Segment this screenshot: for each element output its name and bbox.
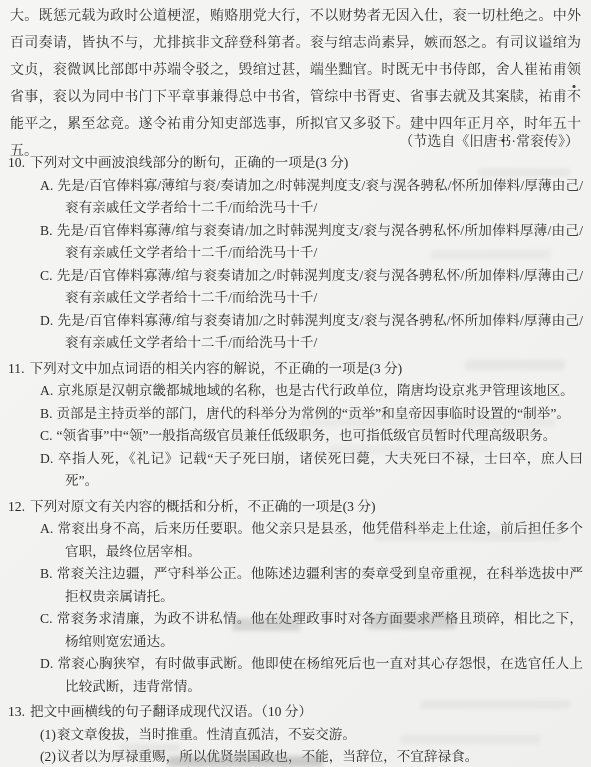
question-10-option-a: A.先是/百官俸料寡/薄绾与衮/奏请加之/时韩滉判度支/衮与滉各骋私/怀所加俸料… xyxy=(8,175,583,220)
emphasis-dotted-char: 领 xyxy=(567,57,581,84)
option-label: A. xyxy=(40,521,53,536)
translation-item-text: 衮文章俊拔，当时推重。性清直孤洁，不妄交游。 xyxy=(57,727,356,742)
option-label: B. xyxy=(40,566,52,581)
question-11-option-d: D.卒指人死，《礼记》记载“天子死曰崩，诸侯死曰薨，大夫死曰不禄，士曰卒，庶人曰… xyxy=(8,448,583,493)
question-13-stem: 13.把文中画横线的句子翻译成现代汉语。（10 分） xyxy=(8,701,583,724)
question-number: 13. xyxy=(8,704,25,719)
question-13: 13.把文中画横线的句子翻译成现代汉语。（10 分） (1)衮文章俊拔，当时推重… xyxy=(8,701,583,767)
question-12-option-b: B.常衮关注边疆，严守科举公正。他陈述边疆利害的奏章受到皇帝重视，在科举选拔中严… xyxy=(8,563,583,608)
question-13-item-1: (1)衮文章俊拔，当时推重。性清直孤洁，不妄交游。 xyxy=(8,724,583,747)
question-11-option-b: B.贡部是主持贡举的部门，唐代的科举分为常例的“贡举”和皇帝因事临时设置的“制举… xyxy=(8,403,583,426)
option-label: C. xyxy=(40,611,52,626)
question-12: 12.下列对原文有关内容的概括和分析，不正确的一项是(3 分) A.常衮出身不高… xyxy=(8,496,583,699)
question-10-option-c: C.先是/百官俸料寡薄/绾与衮奏请加之/时韩滉判度支/衮与滉各骋私怀/所加俸料/… xyxy=(8,265,583,310)
question-number: 10. xyxy=(8,155,25,170)
option-label: C. xyxy=(40,428,52,443)
option-label: C. xyxy=(40,268,52,283)
question-10-stem: 10.下列对文中画波浪线部分的断句，正确的一项是(3 分) xyxy=(8,152,583,175)
question-12-stem: 12.下列对原文有关内容的概括和分析，不正确的一项是(3 分) xyxy=(8,496,583,519)
option-label: D. xyxy=(40,656,53,671)
option-label: B. xyxy=(40,406,52,421)
exam-page: 大。既惩元载为政时公道梗涩，贿赂朋党大行，不以财势者无因入仕，衮一切杜绝之。中外… xyxy=(0,0,591,767)
option-text: 先是/百官俸料寡薄/绾与衮奏请/加之时韩滉判度支/衮与滉各骋私怀/所加俸料厚薄/… xyxy=(56,223,583,261)
option-label: B. xyxy=(40,223,52,238)
option-text: 京兆原是汉朝京畿都城地域的名称，也是古代行政单位，隋唐均设京兆尹管理该地区。 xyxy=(57,383,574,398)
option-text: 常衮务求清廉，为政不讲私情。他在处理政事时对各方面要求严格且琐碎，相比之下，杨绾… xyxy=(56,611,583,649)
option-label: A. xyxy=(40,178,53,193)
question-12-option-a: A.常衮出身不高，后来历任要职。他父亲只是县丞，他凭借科举走上仕途，前后担任多个… xyxy=(8,518,583,563)
question-number: 12. xyxy=(8,499,25,514)
option-label: A. xyxy=(40,383,53,398)
question-11-stem: 11.下列对文中加点词语的相关内容的解说，不正确的一项是(3 分) xyxy=(8,358,583,381)
question-13-item-2: (2)议者以为厚禄重赐，所以优贤崇国政也，不能，当辞位，不宜辞禄食。 xyxy=(8,746,583,767)
question-11-option-c: C.“领省事”中“领”一般指高级官员兼任低级职务，也可指低级官员暂时代理高级职务… xyxy=(8,425,583,448)
question-11-option-a: A.京兆原是汉朝京畿都城地域的名称，也是古代行政单位，隋唐均设京兆尹管理该地区。 xyxy=(8,380,583,403)
option-text: 先是/百官俸料寡薄/绾与衮奏请加/之时韩滉判度支/衮与滉各骋私/怀所加俸料/厚薄… xyxy=(57,313,583,351)
question-12-option-d: D.常衮心胸狭窄，有时做事武断。他即使在杨绾死后也一直对其心存怨恨，在选官任人上… xyxy=(8,653,583,698)
option-text: 贡部是主持贡举的部门，唐代的科举分为常例的“贡举”和皇帝因事临时设置的“制举”。 xyxy=(56,406,570,421)
question-stem-text: 下列对原文有关内容的概括和分析，不正确的一项是(3 分) xyxy=(30,499,376,514)
question-12-option-c: C.常衮务求清廉，为政不讲私情。他在处理政事时对各方面要求严格且琐碎，相比之下，… xyxy=(8,608,583,653)
option-label: D. xyxy=(40,451,53,466)
translation-item-text: 议者以为厚禄重赐，所以优贤崇国政也，不能，当辞位，不宜辞禄食。 xyxy=(57,749,478,764)
translation-item-label: (1) xyxy=(40,727,56,742)
question-number: 11. xyxy=(8,361,25,376)
option-text: 常衮心胸狭窄，有时做事武断。他即使在杨绾死后也一直对其心存怨恨，在选官任人上比较… xyxy=(57,656,583,694)
question-10: 10.下列对文中画波浪线部分的断句，正确的一项是(3 分) A.先是/百官俸料寡… xyxy=(8,152,583,355)
option-text: 卒指人死，《礼记》记载“天子死曰崩，诸侯死曰薨，大夫死曰不禄，士曰卒，庶人曰死”… xyxy=(57,451,583,489)
question-stem-text: 下列对文中加点词语的相关内容的解说，不正确的一项是(3 分) xyxy=(30,361,403,376)
question-11: 11.下列对文中加点词语的相关内容的解说，不正确的一项是(3 分) A.京兆原是… xyxy=(8,358,583,493)
question-stem-text: 下列对文中画波浪线部分的断句，正确的一项是(3 分) xyxy=(30,155,348,170)
option-label: D. xyxy=(40,313,53,328)
option-text: 先是/百官俸料寡薄/绾与衮奏请加之/时韩滉判度支/衮与滉各骋私怀/所加俸料/厚薄… xyxy=(56,268,583,306)
option-text: “领省事”中“领”一般指高级官员兼任低级职务，也可指低级官员暂时代理高级职务。 xyxy=(56,428,556,443)
option-text: 先是/百官俸料寡/薄绾与衮/奏请加之/时韩滉判度支/衮与滉各骋私/怀所加俸料/厚… xyxy=(57,178,583,216)
question-10-option-b: B.先是/百官俸料寡薄/绾与衮奏请/加之时韩滉判度支/衮与滉各骋私怀/所加俸料厚… xyxy=(8,220,583,265)
question-10-option-d: D.先是/百官俸料寡薄/绾与衮奏请加/之时韩滉判度支/衮与滉各骋私/怀所加俸料/… xyxy=(8,310,583,355)
option-text: 常衮关注边疆，严守科举公正。他陈述边疆利害的奏章受到皇帝重视，在科举选拔中严拒权… xyxy=(56,566,583,604)
option-text: 常衮出身不高，后来历任要职。他父亲只是县丞，他凭借科举走上仕途，前后担任多个官职… xyxy=(57,521,583,559)
passage-segment: 大。既惩元载为政时公道梗涩，贿赂朋党大行，不以财势者无因入仕，衮一切杜绝之。中外… xyxy=(10,9,581,78)
question-stem-text: 把文中画横线的句子翻译成现代汉语。（10 分） xyxy=(30,704,312,719)
translation-item-label: (2) xyxy=(40,749,56,764)
questions-block: 10.下列对文中画波浪线部分的断句，正确的一项是(3 分) A.先是/百官俸料寡… xyxy=(8,152,583,767)
